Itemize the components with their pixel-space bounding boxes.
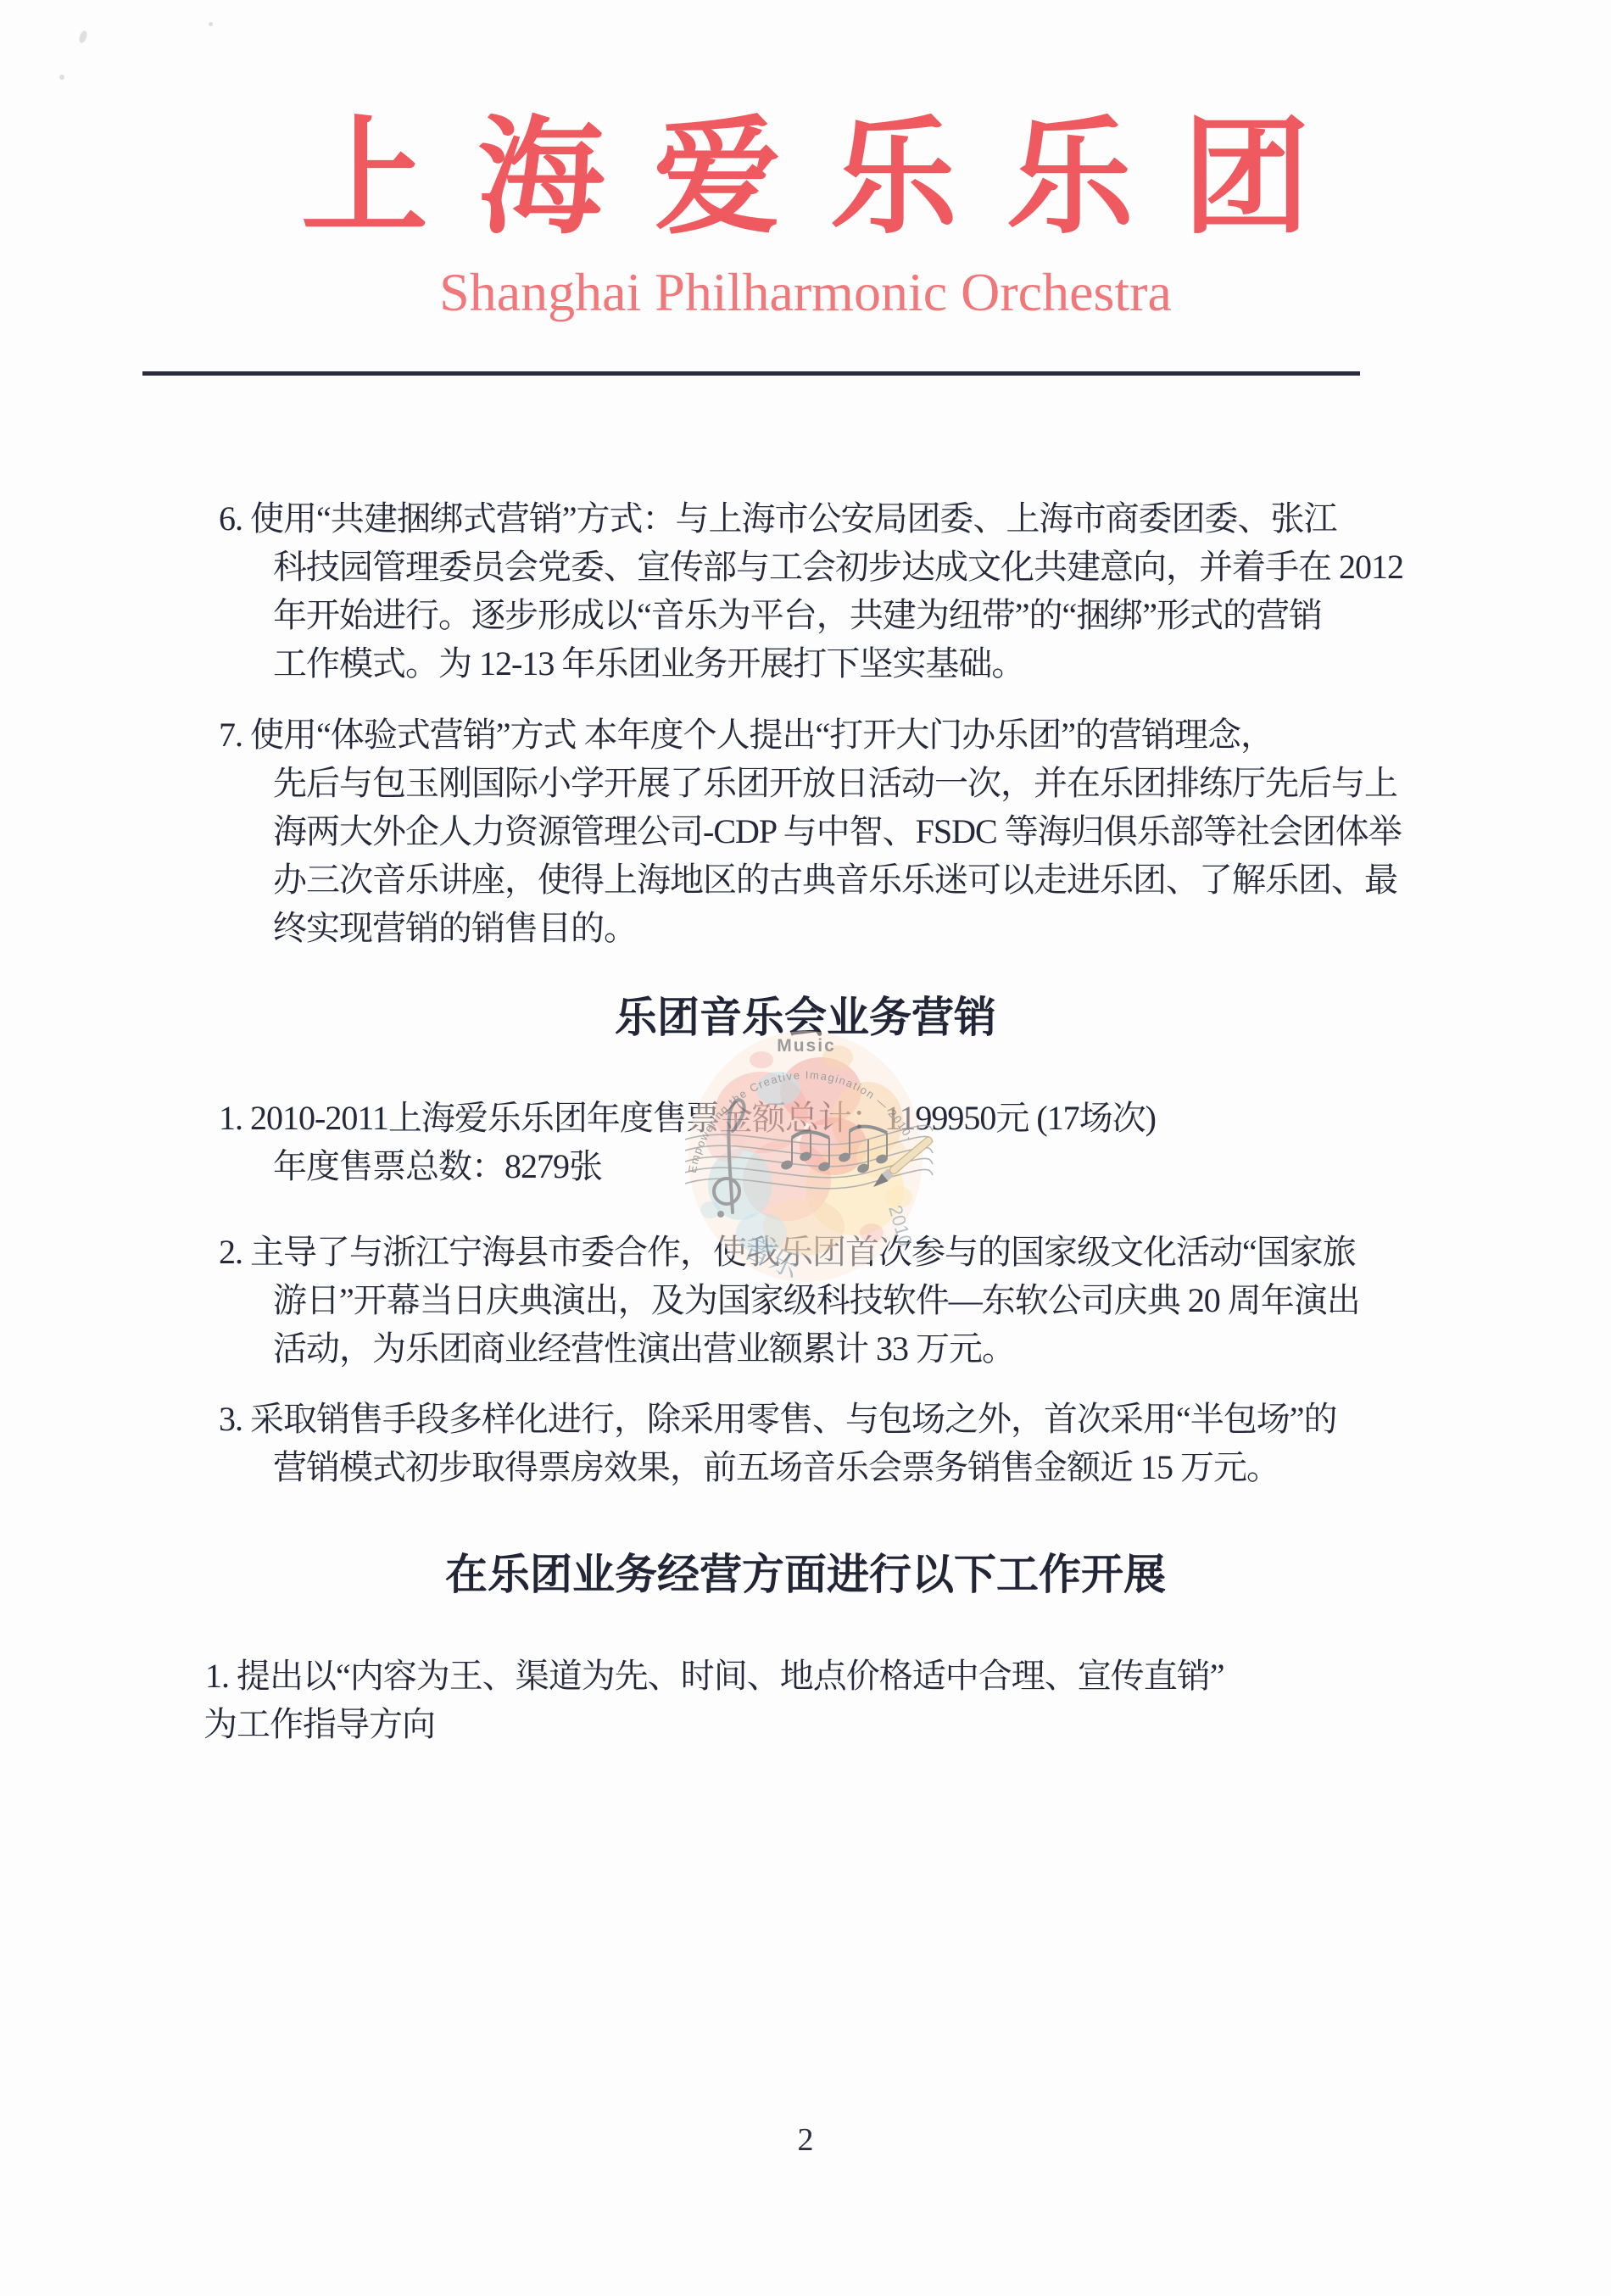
doc-line: 营销模式初步取得票房效果，前五场音乐会票务销售金额近 15 万元。 [273,1443,1279,1491]
doc-line: 7. 使用“体验式营销”方式 本年度个人提出“打开大门办乐团”的营销理念， [219,711,1274,759]
doc-line: 海两大外企人力资源管理公司-CDP 与中智、FSDC 等海归俱乐部等社会团体举 [273,807,1402,855]
paintbrush-icon [870,1134,934,1190]
letterhead-en-title: Shanghai Philharmonic Orchestra [0,261,1611,324]
doc-line: 办三次音乐讲座，使得上海地区的古典音乐乐迷可以走进乐团、了解乐团、最 [273,855,1397,904]
doc-line: 游日”开幕当日庆典演出，及为国家级科技软件—东软公司庆典 20 周年演出 [273,1276,1360,1324]
doc-line: 科技园管理委员会党委、宣传部与工会初步达成文化共建意向，并着手在 2012 [273,543,1403,591]
scan-artifact [78,30,89,44]
doc-line: 3. 采取销售手段多样化进行，除采用零售、与包场之外，首次采用“半包场”的 [219,1395,1337,1443]
scanned-document-page: 上海爱乐乐团 Shanghai Philharmonic Orchestra 6… [0,0,1611,2296]
doc-line: 年开始进行。逐步形成以“音乐为平台，共建为纽带”的“捆绑”形式的营销 [273,591,1322,639]
doc-line: 工作模式。为 12-13 年乐团业务开展打下坚实基础。 [273,639,1024,688]
letterhead-rule [142,371,1360,376]
doc-line: 活动，为乐团商业经营性演出营业额累计 33 万元。 [273,1324,1015,1373]
page-number: 2 [0,2121,1611,2159]
doc-line: 6. 使用“共建捆绑式营销”方式：与上海市公安局团委、上海市商委团委、张江 [219,494,1337,543]
doc-line: 终实现营销的销售目的。 [273,904,637,952]
doc-line: 先后与包玉刚国际小学开展了乐团开放日活动一次，并在乐团排练厅先后与上 [273,759,1397,807]
section-heading-business-operations: 在乐团业务经营方面进行以下工作开展 [0,1541,1611,1602]
doc-line: 1. 提出以“内容为王、渠道为先、时间、地点价格适中合理、宣传直销” [205,1652,1224,1700]
doc-line: 2. 主导了与浙江宁海县市委合作，使我乐团首次参与的国家级文化活动“国家旅 [219,1228,1356,1276]
doc-line: 为工作指导方向 [203,1700,435,1748]
letterhead-cn-title: 上海爱乐乐团 [0,75,1611,258]
scan-artifact [59,75,64,80]
scan-artifact [209,22,213,26]
section-heading-concert-marketing: 乐团音乐会业务营销 [0,984,1611,1045]
doc-line: 1. 2010-2011上海爱乐乐团年度售票金额总计：1199950元 (17场… [219,1094,1156,1142]
doc-line: 年度售票总数：8279张 [273,1142,602,1190]
